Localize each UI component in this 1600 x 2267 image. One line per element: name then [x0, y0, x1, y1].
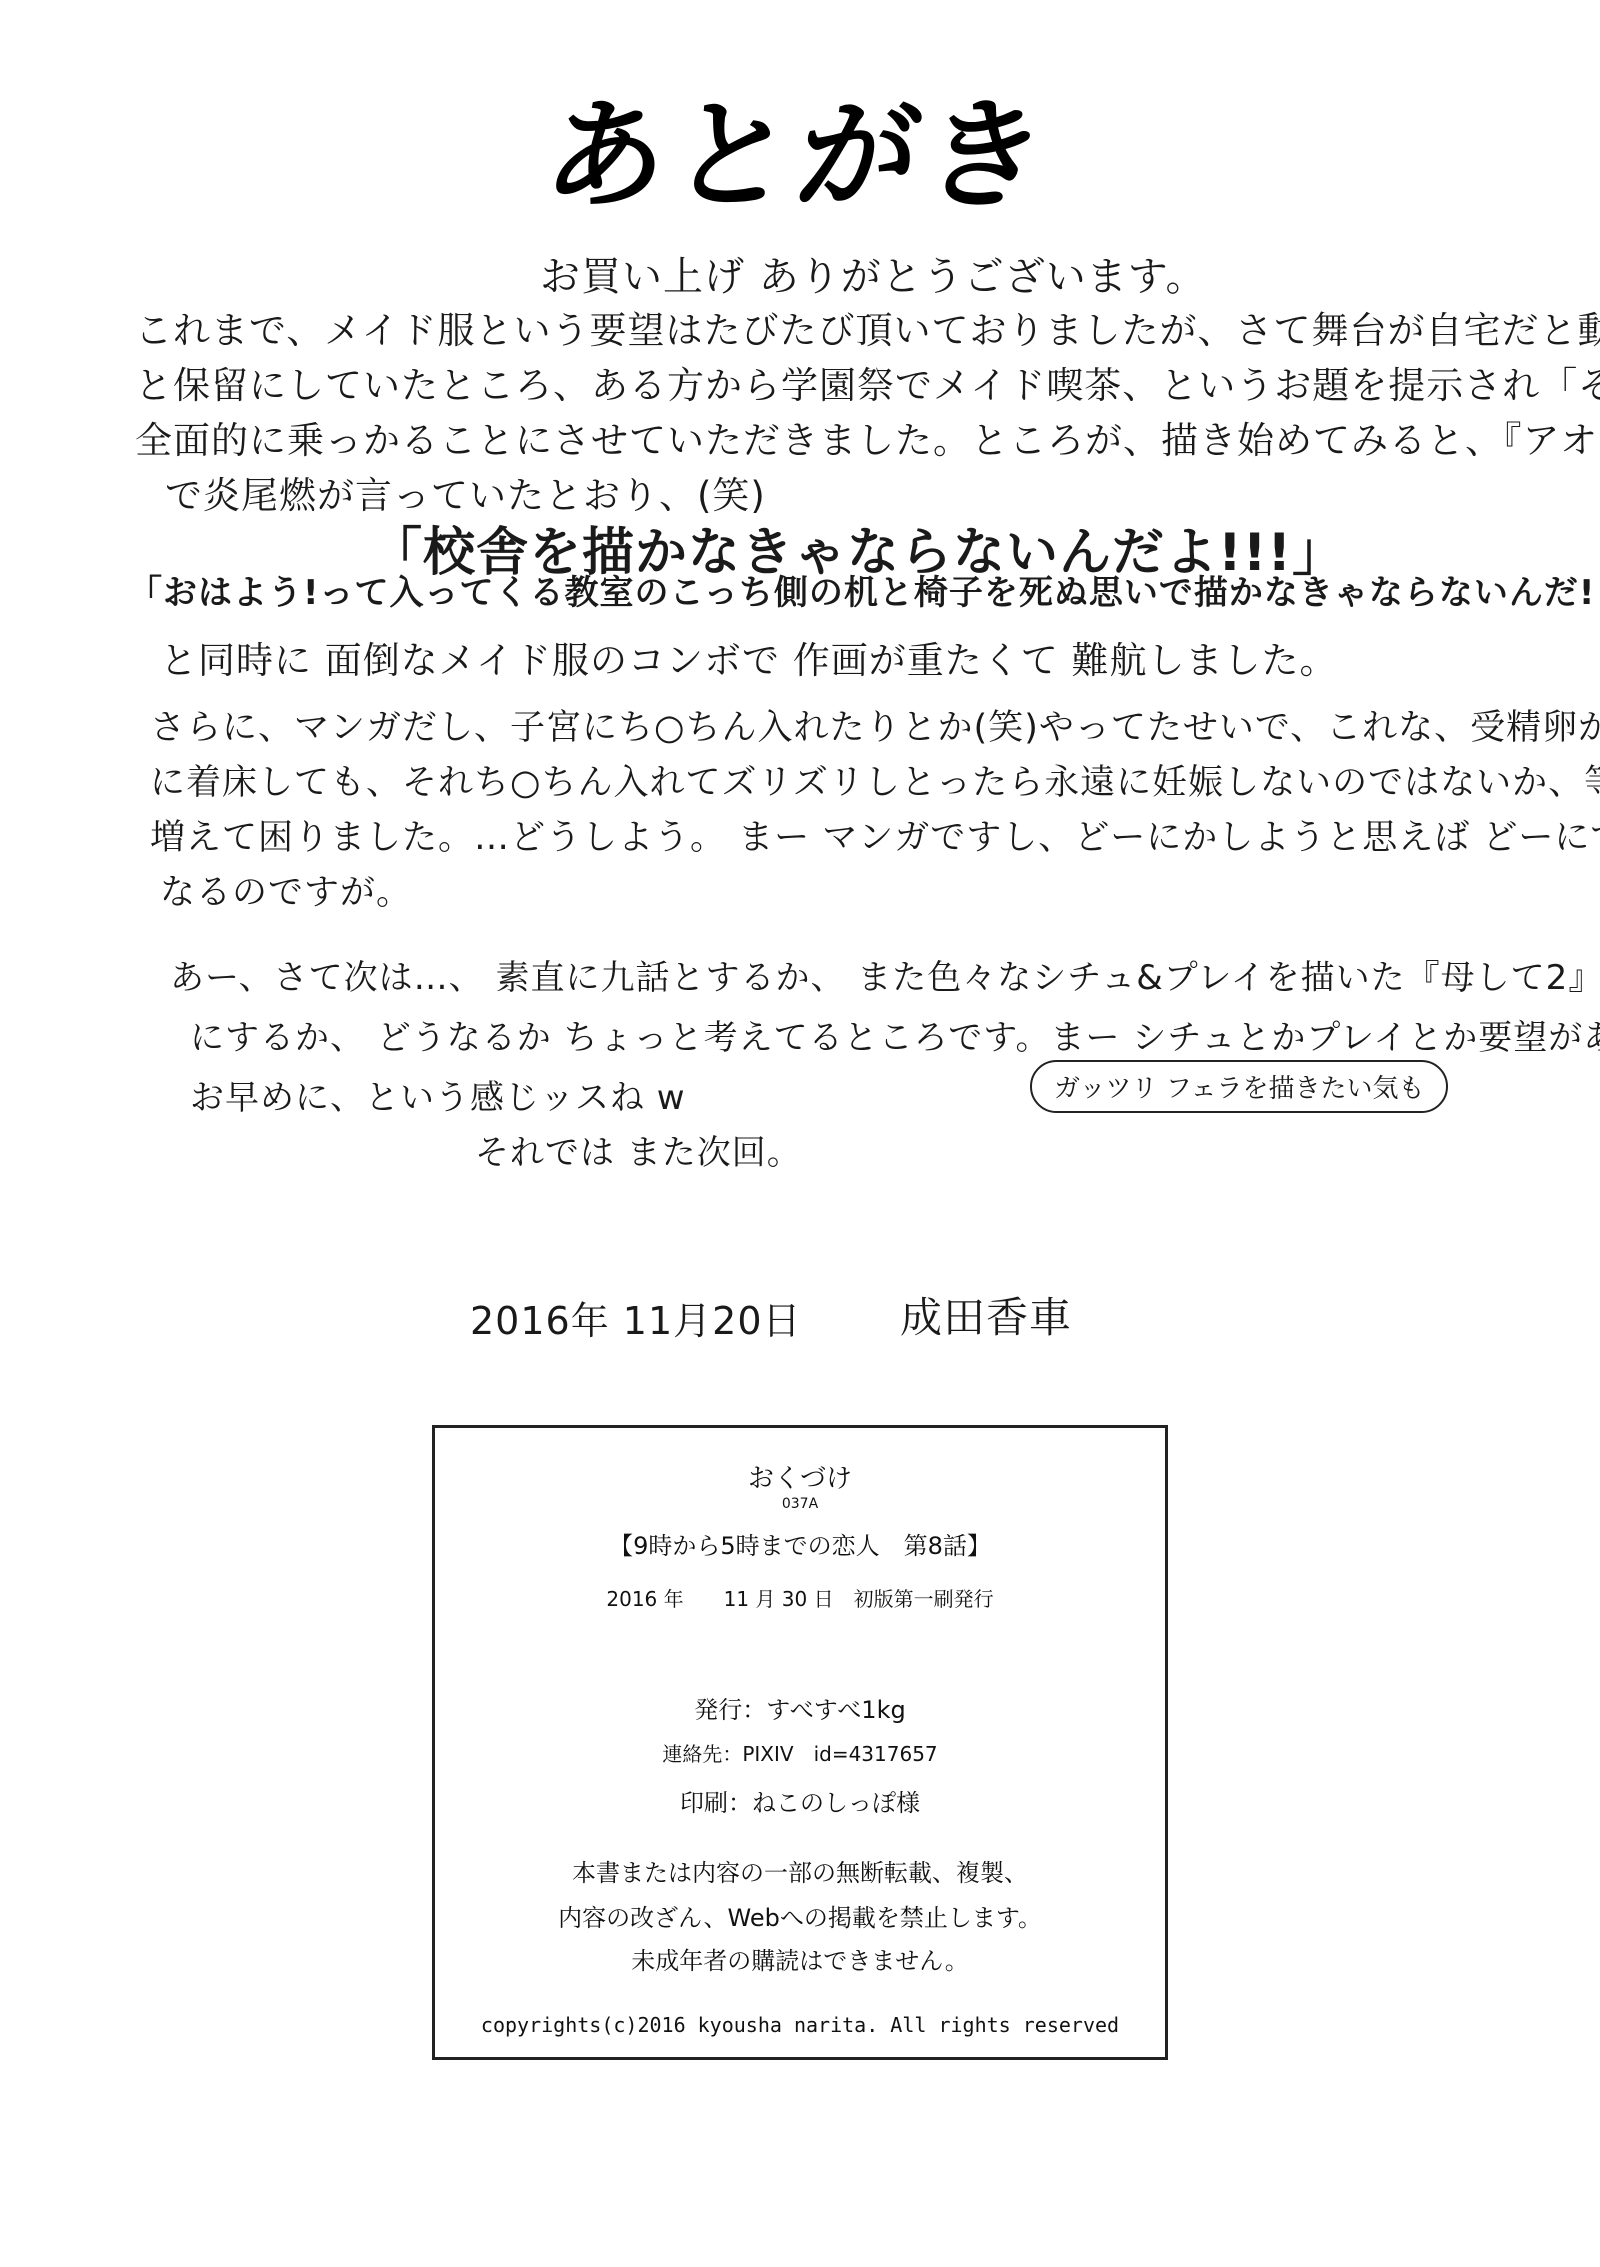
- colophon-copyright: copyrights(c)2016 kyousha narita. All ri…: [435, 2013, 1165, 2037]
- colophon-publisher: 発行：すべすべ1kg: [435, 1690, 1165, 1725]
- colophon-notice-line: 内容の改ざん、Webへの掲載を禁止します。: [435, 1898, 1165, 1933]
- greeting: お買い上げ ありがとうございます。: [540, 245, 1207, 302]
- side-note-bubble: ガッツリ フェラを描きたい気も: [1030, 1060, 1448, 1113]
- colophon-heading: おくづけ: [435, 1458, 1165, 1495]
- colophon-publication-date: 2016 年 11 月 30 日 初版第一刷発行: [435, 1583, 1165, 1612]
- signature-author: 成田香車: [900, 1285, 1072, 1345]
- quote-classroom: 「おはよう!って入ってくる教室のこっち側の机と椅子を死ぬ思いで描かなきゃならない…: [128, 565, 1600, 614]
- paragraph2-line1: さらに、マンガだし、子宮にち○ちん入れたりとか(笑)やってたせいで、これな、受精…: [150, 700, 1600, 750]
- paragraph3-line1: あー、さて次は…、 素直に九話とするか、 また色々なシチュ&プレイを描いた『母し…: [170, 950, 1600, 999]
- paragraph3-line3: お早めに、という感じッスね w: [190, 1070, 686, 1119]
- paragraph2-line3: 増えて困りました。…どうしよう。 まー マンガですし、どーにかしようと思えば ど…: [150, 810, 1600, 860]
- paragraph1-line1: これまで、メイド服という要望はたびたび頂いておりましたが、さて舞台が自宅だと動か…: [135, 300, 1600, 354]
- colophon-code: 037A: [435, 1496, 1165, 1512]
- paragraph3-line4: それでは また次回。: [475, 1125, 802, 1174]
- colophon-printer: 印刷：ねこのしっぽ様: [435, 1783, 1165, 1818]
- paragraph2-line4: なるのですが。: [160, 865, 412, 915]
- colophon-box: おくづけ 037A 【9時から5時までの恋人 第8話】 2016 年 11 月 …: [432, 1425, 1168, 2060]
- colophon-contact: 連絡先：PIXIV id=4317657: [435, 1738, 1165, 1767]
- paragraph1-line2: と保留にしていたところ、ある方から学園祭でメイド喫茶、というお題を提示され「それ…: [135, 355, 1600, 409]
- paragraph3-line2: にするか、 どうなるか ちょっと考えてるところです。まー シチュとかプレイとか要…: [190, 1010, 1600, 1059]
- colophon-notice-line: 本書または内容の一部の無断転載、複製、: [435, 1853, 1165, 1888]
- colophon-notice-line: 未成年者の購読はできません。: [435, 1941, 1165, 1976]
- paragraph1-end: と同時に 面倒なメイド服のコンボで 作画が重たくて 難航しました。: [160, 630, 1338, 684]
- afterword-title: あとがき: [0, 60, 1600, 232]
- paragraph1-line3: 全面的に乗っかることにさせていただきました。ところが、描き始めてみると、『アオイ…: [135, 410, 1600, 464]
- signature-date: 2016年 11月20日: [470, 1290, 802, 1345]
- paragraph2-line2: に着床しても、それち○ちん入れてズリズリしとったら永遠に妊娠しないのではないか、…: [150, 755, 1600, 805]
- colophon-work-title: 【9時から5時までの恋人 第8話】: [435, 1526, 1165, 1561]
